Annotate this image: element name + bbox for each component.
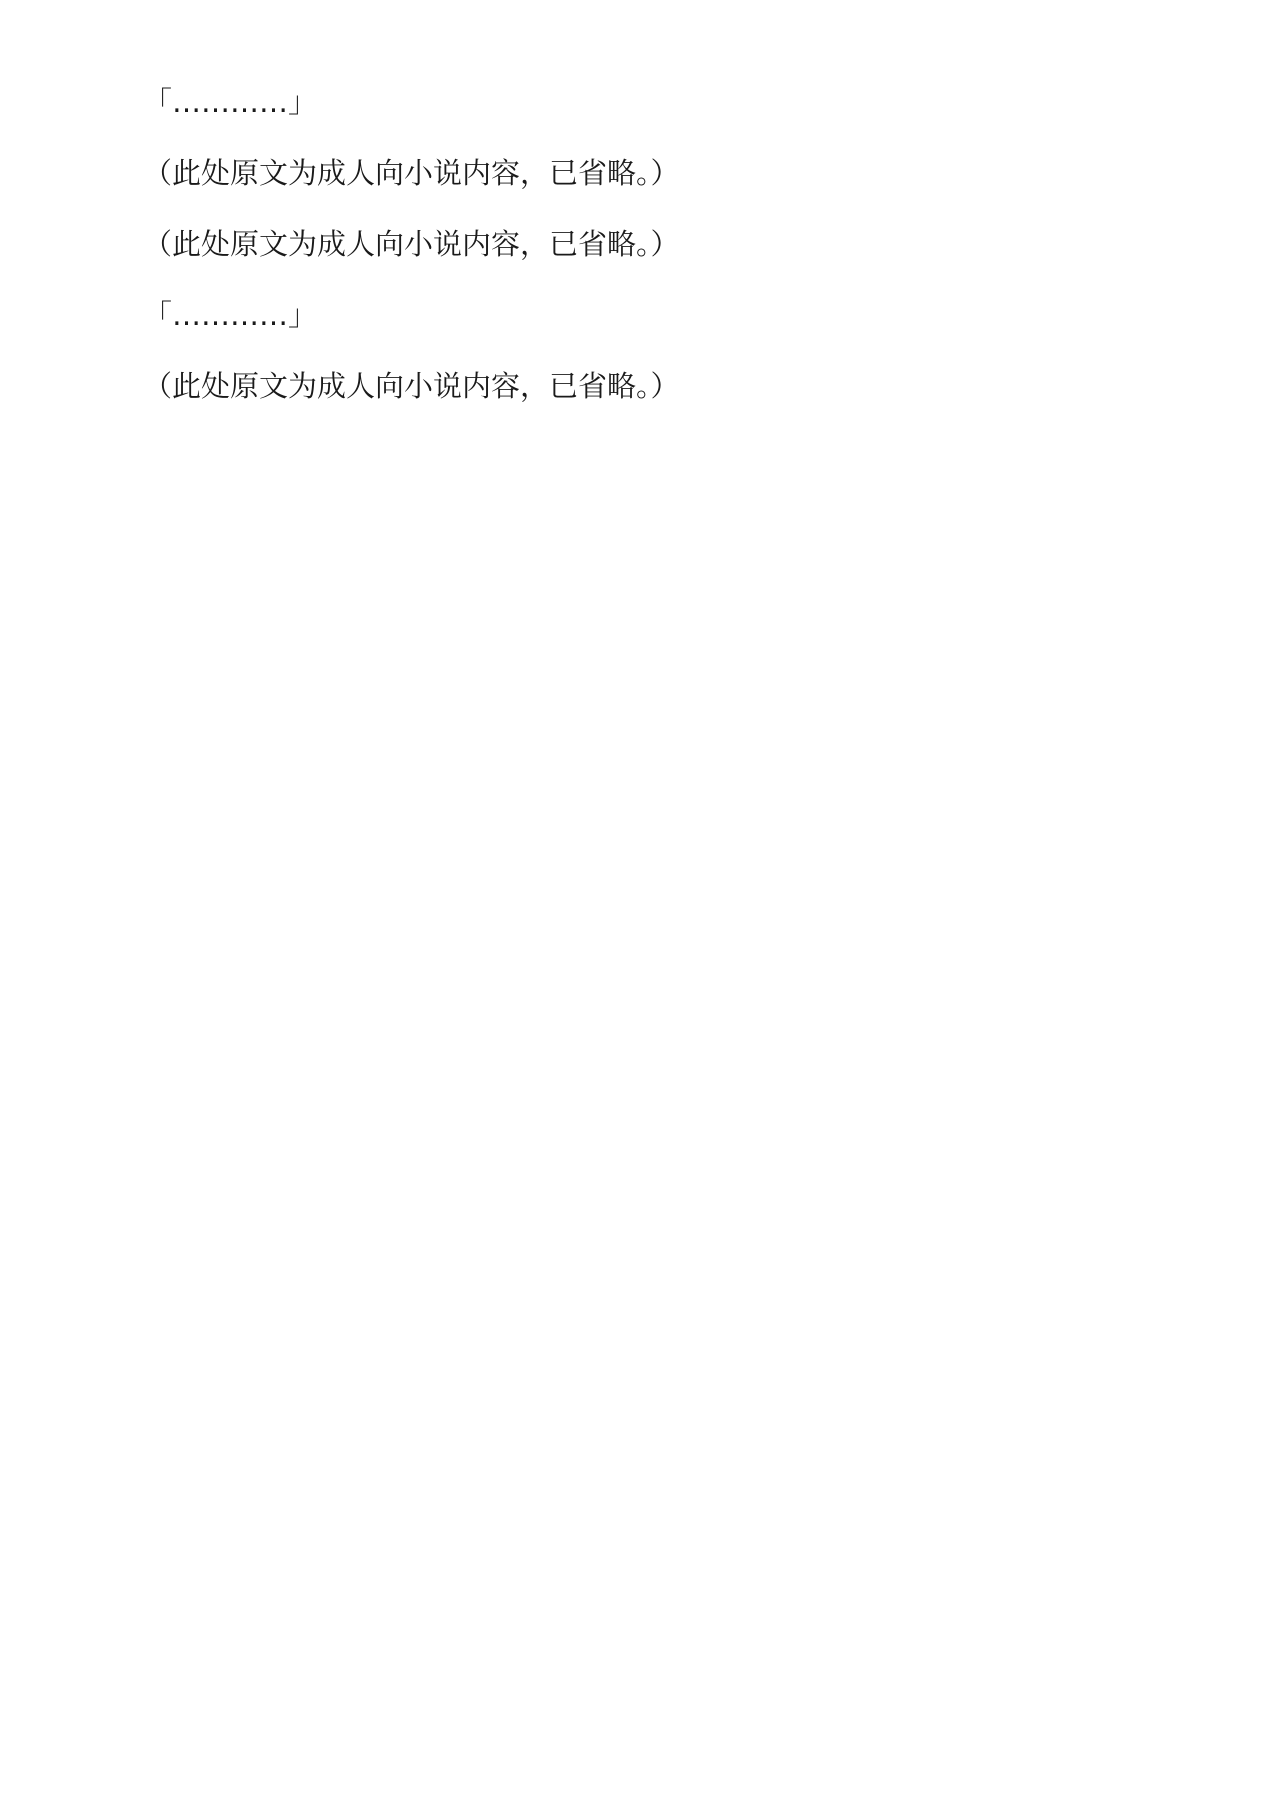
paragraph: （此处原文为成人向小说内容，已省略。）: [85, 151, 1195, 196]
document-page: 「…………」 （此处原文为成人向小说内容，已省略。） （此处原文为成人向小说内容…: [0, 0, 1280, 1818]
paragraph: 「…………」: [85, 293, 1195, 338]
paragraph: （此处原文为成人向小说内容，已省略。）: [85, 222, 1195, 267]
paragraph: （此处原文为成人向小说内容，已省略。）: [85, 364, 1195, 409]
paragraph: 「…………」: [85, 80, 1195, 125]
